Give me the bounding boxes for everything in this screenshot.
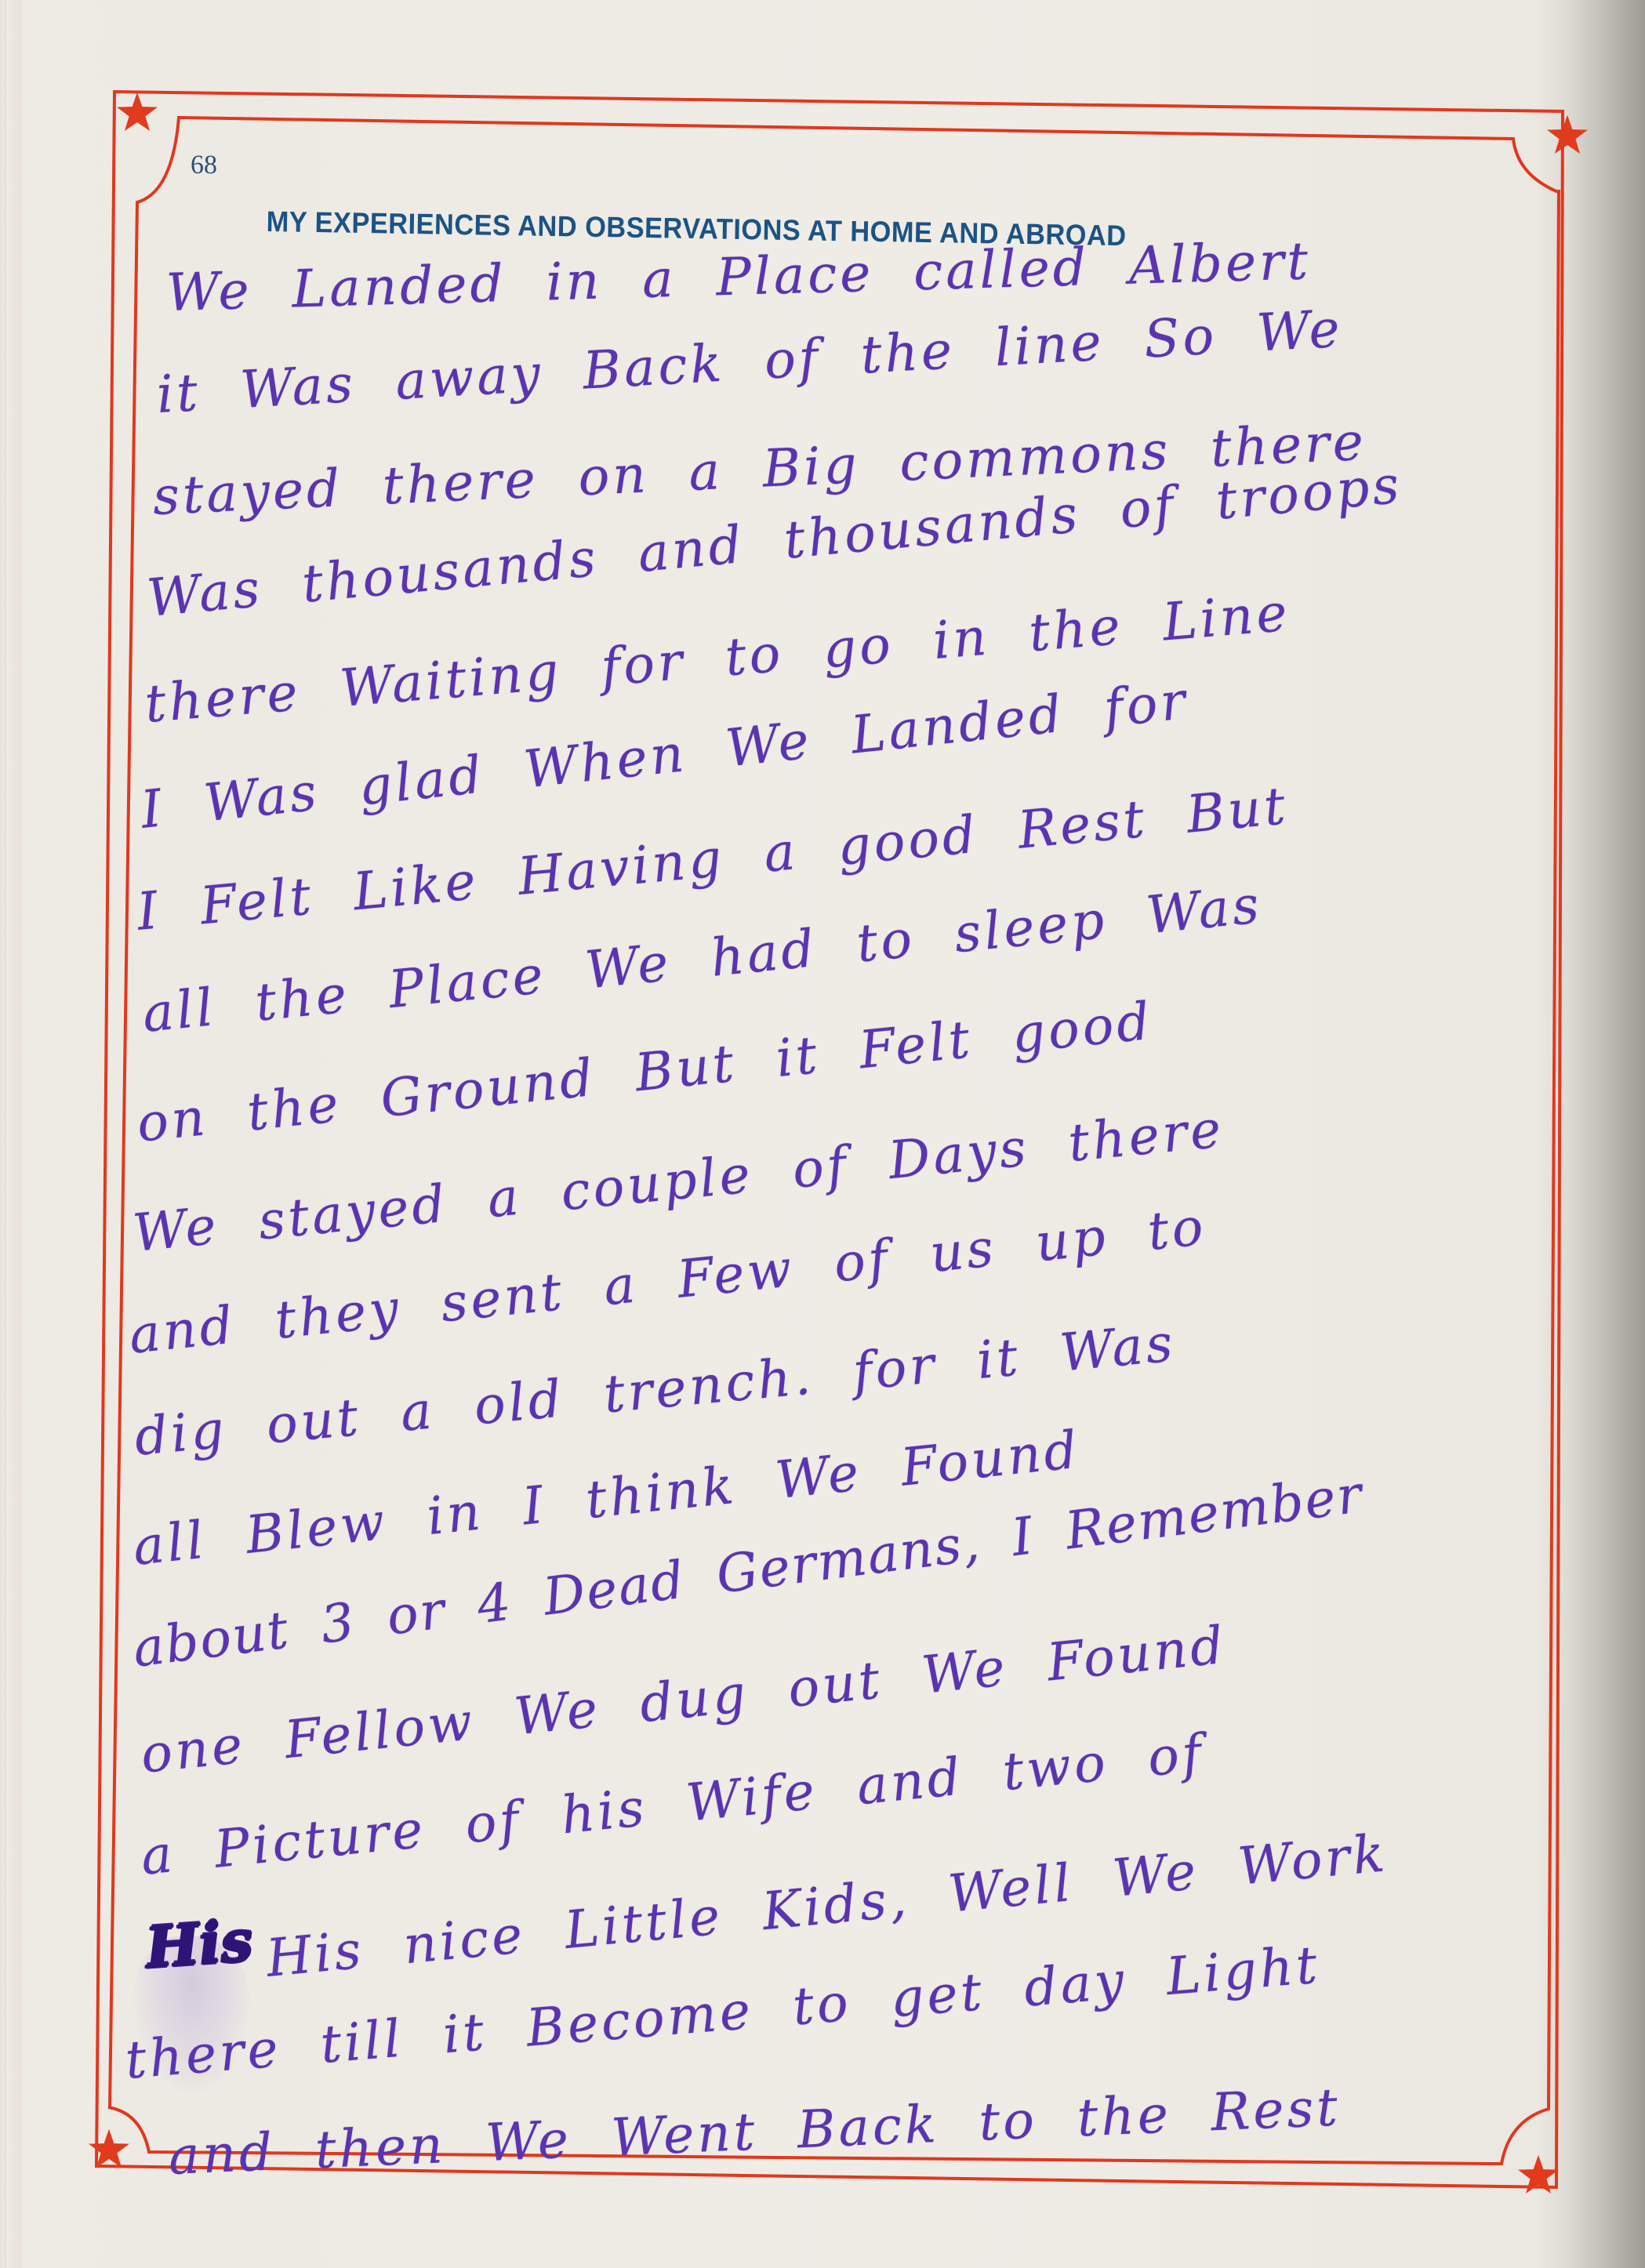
crossed-out-word: His xyxy=(143,1906,250,1983)
handwritten-line: and then We Went Back to the Rest xyxy=(167,2077,1342,2186)
handwritten-text: We Landed in a Place called Albert it Wa… xyxy=(0,0,1645,2268)
